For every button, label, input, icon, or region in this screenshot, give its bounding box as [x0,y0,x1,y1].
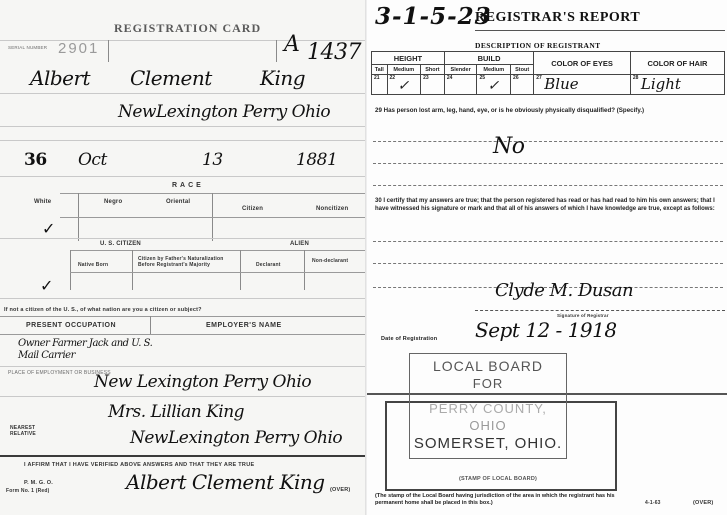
stamp-line-4: OHIO [409,418,567,433]
order-mark: A [284,32,299,57]
exception-line [373,263,723,264]
col-tall: Tall [372,65,388,75]
race-col-white: White [34,199,51,205]
alien-header: ALIEN [290,241,309,247]
rule [0,176,366,177]
form-id-line2: Form No. 1 (Red) [6,488,49,494]
description-title: DESCRIPTION OF REGISTRANT [475,41,601,50]
divider [304,250,305,290]
stamp-line-1: LOCAL BOARD [409,358,567,374]
col-slender: Slender [444,65,477,75]
home-address: NewLexington Perry Ohio [118,102,330,122]
citizen-col-native: Native Born [78,262,108,268]
cell-stout: 26 [511,75,534,95]
rule [0,140,366,141]
rule [0,126,366,127]
stamp-caption: (STAMP OF LOCAL BOARD) [459,476,537,482]
rule [0,316,366,317]
middle-name: Clement [130,66,212,90]
registrar-signature: Clyde M. Dusan [495,280,633,301]
divider [276,40,277,62]
race-col-oriental: Oriental [166,199,190,205]
employer-header: EMPLOYER'S NAME [206,322,282,329]
rule [0,396,366,397]
over-note: (OVER) [330,487,350,493]
last-name: King [260,66,305,90]
card-title: REGISTRATION CARD [114,21,261,36]
divider [240,250,241,290]
description-table: HEIGHT BUILD COLOR OF EYES COLOR OF HAIR… [371,51,725,95]
occupation-header: PRESENT OCCUPATION [26,322,116,329]
cell-eye-color: 27Blue [534,75,631,95]
rule [0,93,366,94]
exception-line [373,241,723,242]
age: 36 [24,150,47,170]
cell-tall: 21 [372,75,388,95]
employment-place-value: New Lexington Perry Ohio [94,372,311,392]
rule [60,193,366,194]
rule [60,217,366,218]
divider [70,250,71,290]
build-check-mark: ✓ [487,78,499,94]
signature-line [475,310,725,311]
divider [150,316,151,334]
rule [0,238,366,239]
cell-medium-build: 25✓ [477,75,511,95]
date-label: Date of Registration [381,336,437,342]
rule [0,455,366,457]
rule [0,366,366,367]
birth-year: 1881 [296,150,337,170]
affirmation-text: I AFFIRM THAT I HAVE VERIFIED ABOVE ANSW… [24,462,254,468]
answer-line [373,141,723,142]
stamp-line-3: PERRY COUNTY, [409,401,567,416]
height-check-mark: ✓ [398,78,410,94]
date-value: Sept 12 - 1918 [475,318,617,342]
race-col-negro: Negro [104,199,122,205]
col-medium-build: Medium [477,65,511,75]
group-hair-color: COLOR OF HAIR [630,52,724,75]
footer-over-note: (OVER) [693,500,713,506]
question-29: 29 Has person lost arm, leg, hand, eye, … [375,107,723,115]
cell-slender: 24 [444,75,477,95]
registration-card-front: REGISTRATION CARD SERIAL NUMBER 2901 A 1… [0,0,366,515]
answer-29: No [493,134,525,159]
group-height: HEIGHT [372,52,445,65]
rule [0,298,366,299]
registrant-signature: Albert Clement King [126,470,325,494]
stamp-line-5: SOMERSET, OHIO. [409,435,567,452]
group-build: BUILD [444,52,533,65]
nearest-relative-name: Mrs. Lillian King [108,402,244,422]
serial-label: SERIAL NUMBER [8,45,47,50]
cell-hair-color: 28Light [630,75,724,95]
birth-month: Oct [78,150,107,170]
serial-number: 2901 [58,40,99,57]
registrars-report: 3-1-5-23 REGISTRAR'S REPORT DESCRIPTION … [367,0,727,515]
col-short: Short [421,65,445,75]
rule [70,272,366,273]
citizen-header: U. S. CITIZEN [100,241,141,247]
footer-code: 4-1-63 [645,500,661,506]
report-title: REGISTRAR'S REPORT [475,10,640,26]
stamp-line-2: FOR [409,376,567,391]
alien-col-declarant: Declarant [256,262,281,268]
race-col-citizen: Citizen [242,206,263,212]
question-30: 30 I certify that my answers are true; t… [375,197,723,213]
birth-day: 13 [202,150,223,170]
alien-col-nondeclarant: Non-declarant [312,258,360,264]
race-check-mark: ✓ [42,219,55,238]
race-header: RACE [172,182,204,189]
occupation-value: Owner Farmer Jack and U. S. Mail Carrier [18,338,168,362]
nearest-relative-label: NEAREST RELATIVE [10,425,42,437]
rule [475,30,725,31]
nearest-relative-address: NewLexington Perry Ohio [130,428,342,448]
group-eye-color: COLOR OF EYES [534,52,631,75]
order-number: 1437 [307,40,361,65]
citizen-col-naturalized: Citizen by Father's Naturalization Befor… [138,256,236,268]
eye-color-value: Blue [544,75,578,93]
first-name: Albert [30,66,90,90]
answer-line [373,163,723,164]
rule [0,334,366,335]
cell-medium-height: 22✓ [387,75,421,95]
hair-color-value: Light [641,75,681,93]
stamp-note: (The stamp of the Local Board having jur… [375,493,619,507]
rule [70,250,366,251]
answer-line [373,185,723,186]
race-col-noncitizen: Noncitizen [316,206,348,212]
form-id-line1: P. M. G. O. [24,480,53,486]
citizenship-question: If not a citizen of the U. S., of what n… [4,307,202,313]
divider [132,250,133,290]
divider [108,40,109,62]
col-stout: Stout [511,65,534,75]
citizen-check-mark: ✓ [40,276,53,295]
cell-short: 23 [421,75,445,95]
col-medium-height: Medium [387,65,421,75]
